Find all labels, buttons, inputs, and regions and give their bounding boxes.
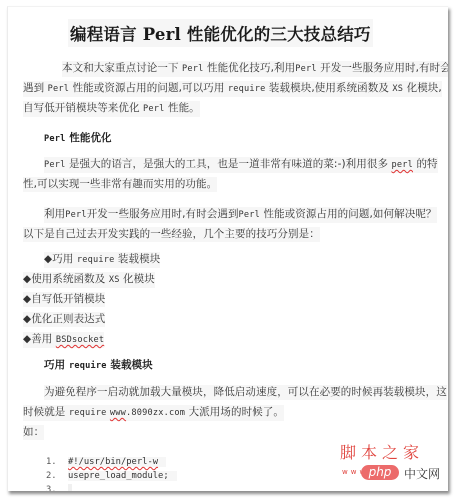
section2-p1-line-1: 为避免程序一启动就加载大量模块，降低启动速度，可以在必要的时候再装载模块，这 [44, 385, 447, 400]
intro-line-1: 本文和大家重点讨论一下 Perl 性能优化技巧,利用Perl 开发一些服务应用时… [62, 61, 448, 77]
empty-code-cell [68, 484, 72, 491]
code-text: usepre_load_module; [68, 471, 177, 481]
line-number: 1. [46, 456, 68, 469]
diamond-bullet-icon: ◆ [23, 293, 31, 305]
code-text: .8090zx.com [126, 408, 185, 418]
code-text: Perl [239, 210, 261, 220]
text: 优化正则表达式 [31, 313, 105, 325]
heading-text: 性能优化 [66, 132, 112, 144]
text: 遇到 [23, 82, 48, 94]
intro-line-2: 遇到 Perl 性能或资源占用的问题,可以巧用 require 装载模块,使用系… [23, 81, 442, 97]
code-text: require [69, 408, 107, 418]
diamond-bullet-icon: ◆ [44, 253, 52, 265]
code-text: XS [109, 275, 120, 285]
section1-p2-line-2: 以下是自己过去开发实践的一些经验，几个主要的技巧分别是： [23, 227, 320, 242]
text: 化模块, [403, 82, 442, 94]
text: 自写低开销模块等来优化 [23, 102, 143, 114]
code-text: Perl [182, 64, 204, 74]
text: 善用 [31, 333, 56, 345]
php-logo-icon: php [361, 465, 399, 480]
text: 大派用场的时候了。 [185, 406, 284, 418]
code-text: Perl [295, 64, 317, 74]
watermark-cn-text: 中文网 [404, 465, 440, 482]
text: 时候就是 [23, 406, 69, 418]
watermark-logo: 脚本之家 www php 中文网 [332, 440, 452, 485]
code-text: Perl [44, 134, 66, 144]
text: 性能或资源占用的问题,可以巧用 [69, 82, 228, 94]
text: 巧用 [52, 253, 77, 265]
text: 开发一些服务应用时,有时会 [317, 62, 448, 74]
code-text: require [69, 361, 107, 371]
bullet-item: ◆优化正则表达式 [23, 312, 105, 327]
bullet-item: ◆善用 BSDsocket [23, 332, 104, 348]
diamond-bullet-icon: ◆ [23, 333, 31, 345]
section1-p1-line-2: 性,可以实现一些非常有趣而实用的功能。 [23, 177, 217, 192]
spellcheck-word: www [110, 408, 126, 418]
section-heading-require: 巧用 require 装载模块 [44, 358, 153, 374]
bullet-item: ◆巧用 require 装载模块 [44, 252, 160, 268]
text: 的特 [413, 158, 438, 170]
section1-p1-line-1: Perl 是强大的语言，是强大的工具，也是一道非常有味道的菜:-)利用很多 pe… [44, 157, 438, 173]
text: 装载模块,使用系统函数及 [265, 82, 392, 94]
code-text: Perl [65, 210, 87, 220]
code-text: require [228, 84, 266, 94]
line-number: 2. [46, 470, 68, 483]
code-text: Perl [143, 104, 165, 114]
text: 性能。 [165, 102, 200, 114]
text: 开发一些服务应用时,有时会遇到 [87, 208, 239, 220]
code-line: 2.usepre_load_module; [46, 470, 177, 483]
heading-text: 装载模块 [107, 359, 153, 371]
text: 使用系统函数及 [31, 273, 109, 285]
section-heading-perl-optimization: Perl 性能优化 [44, 131, 112, 147]
spellcheck-word: perl [392, 160, 414, 170]
code-text: Perl [48, 84, 70, 94]
code-text: #!/usr/bin/perl-w [68, 457, 166, 467]
line-number: 3. [46, 484, 68, 491]
heading-text: 巧用 [44, 359, 69, 371]
text: 性能优化技巧,利用 [204, 62, 296, 74]
text: 化模块 [120, 273, 155, 285]
code-content: usepre_load_module; [68, 471, 169, 481]
code-line: 3. [46, 484, 72, 491]
example-label: 如： [23, 425, 44, 440]
text: 利用 [44, 208, 65, 220]
text: 本文和大家重点讨论一下 [62, 62, 182, 74]
text: 是强大的语言，是强大的工具，也是一道非常有味道的菜:-)利用很多 [66, 158, 392, 170]
text: 装载模块 [114, 253, 160, 265]
document-page: 编程语言 Perl 性能优化的三大技总结巧 本文和大家重点讨论一下 Perl 性… [7, 6, 448, 491]
section1-p2-line-1: 利用Perl开发一些服务应用时,有时会遇到Perl 性能或资源占用的问题,如何解… [44, 207, 437, 223]
watermark-title: 脚本之家 [340, 440, 424, 463]
diamond-bullet-icon: ◆ [23, 313, 31, 325]
diamond-bullet-icon: ◆ [23, 273, 31, 285]
text: 性能或资源占用的问题,如何解决呢？ [260, 208, 436, 220]
section2-p1-line-2: 时候就是 require www.8090zx.com 大派用场的时候了。 [23, 405, 284, 421]
code-text: require [77, 255, 115, 265]
code-text: XS [392, 84, 403, 94]
code-line: 1.#!/usr/bin/perl-w [46, 456, 166, 469]
spellcheck-word: BSDsocket [56, 335, 104, 345]
bullet-item: ◆自写低开销模块 [23, 292, 105, 307]
code-text: Perl [44, 160, 66, 170]
bullet-item: ◆使用系统函数及 XS 化模块 [23, 272, 155, 288]
text: 自写低开销模块 [31, 293, 105, 305]
intro-line-3: 自写低开销模块等来优化 Perl 性能。 [23, 101, 200, 117]
document-title: 编程语言 Perl 性能优化的三大技总结巧 [68, 19, 373, 47]
